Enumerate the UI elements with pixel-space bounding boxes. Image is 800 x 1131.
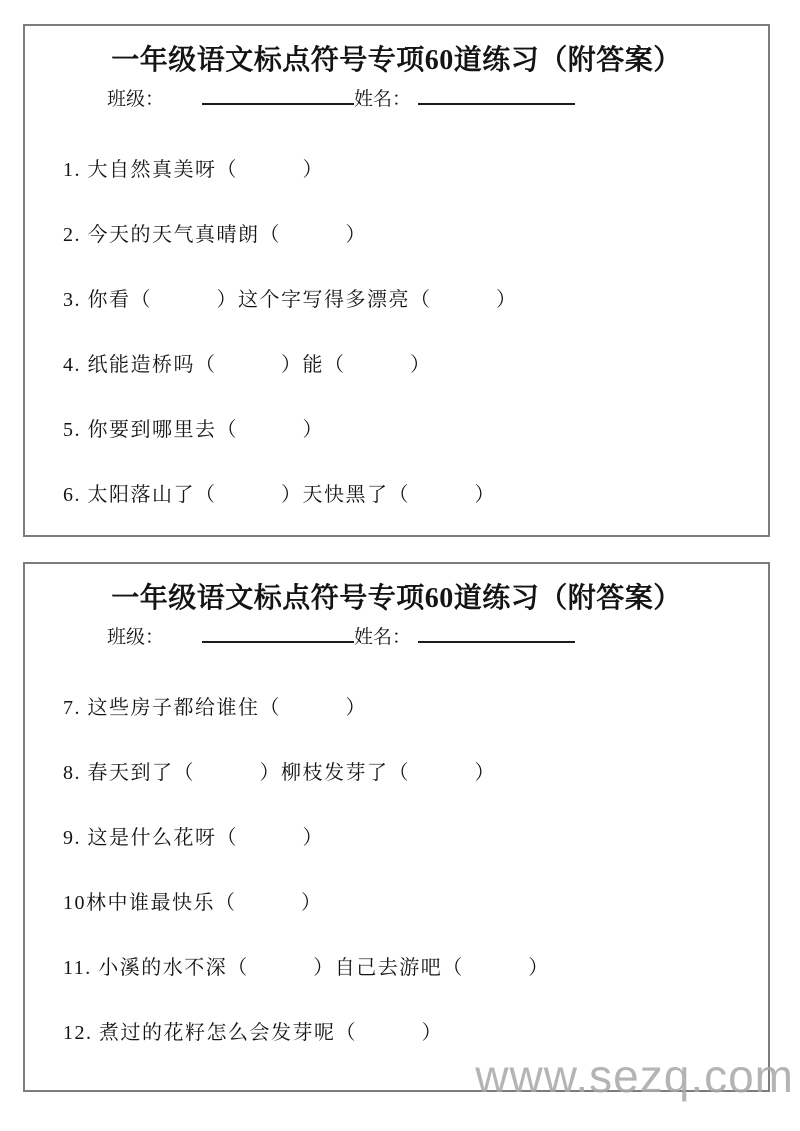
name-label: 姓名： (354, 89, 411, 110)
question-list: 7. 这些房子都给谁住（ ） 8. 春天到了（ ）柳枝发芽了（ ） 9. 这是什… (63, 694, 768, 1047)
worksheet-page-1: 一年级语文标点符号专项60道练习（附答案） 班级：姓名： 1. 大自然真美呀（ … (23, 24, 770, 537)
name-blank-line (418, 85, 575, 105)
class-name-line: 班级：姓名： (107, 85, 768, 113)
class-blank-line (202, 623, 354, 643)
question-11: 11. 小溪的水不深（ ）自己去游吧（ ） (63, 954, 768, 982)
question-1: 1. 大自然真美呀（ ） (63, 156, 768, 184)
question-5: 5. 你要到哪里去（ ） (63, 416, 768, 444)
name-label: 姓名： (354, 627, 411, 648)
worksheet-page-2: 一年级语文标点符号专项60道练习（附答案） 班级：姓名： 7. 这些房子都给谁住… (23, 562, 770, 1092)
question-7: 7. 这些房子都给谁住（ ） (63, 694, 768, 722)
question-8: 8. 春天到了（ ）柳枝发芽了（ ） (63, 759, 768, 787)
question-3: 3. 你看（ ）这个字写得多漂亮（ ） (63, 286, 768, 314)
question-10: 10林中谁最快乐（ ） (63, 889, 768, 917)
question-2: 2. 今天的天气真晴朗（ ） (63, 221, 768, 249)
worksheet-title: 一年级语文标点符号专项60道练习（附答案） (37, 42, 756, 80)
class-label: 班级： (107, 89, 164, 110)
question-9: 9. 这是什么花呀（ ） (63, 824, 768, 852)
class-blank-line (202, 85, 354, 105)
site-watermark: www.sezq.com (475, 1052, 794, 1100)
class-name-line: 班级：姓名： (107, 623, 768, 651)
name-blank-line (418, 623, 575, 643)
question-12: 12. 煮过的花籽怎么会发芽呢（ ） (63, 1019, 768, 1047)
question-list: 1. 大自然真美呀（ ） 2. 今天的天气真晴朗（ ） 3. 你看（ ）这个字写… (63, 156, 768, 509)
question-4: 4. 纸能造桥吗（ ）能（ ） (63, 351, 768, 379)
class-label: 班级： (107, 627, 164, 648)
worksheet-title: 一年级语文标点符号专项60道练习（附答案） (37, 580, 756, 618)
question-6: 6. 太阳落山了（ ）天快黑了（ ） (63, 481, 768, 509)
